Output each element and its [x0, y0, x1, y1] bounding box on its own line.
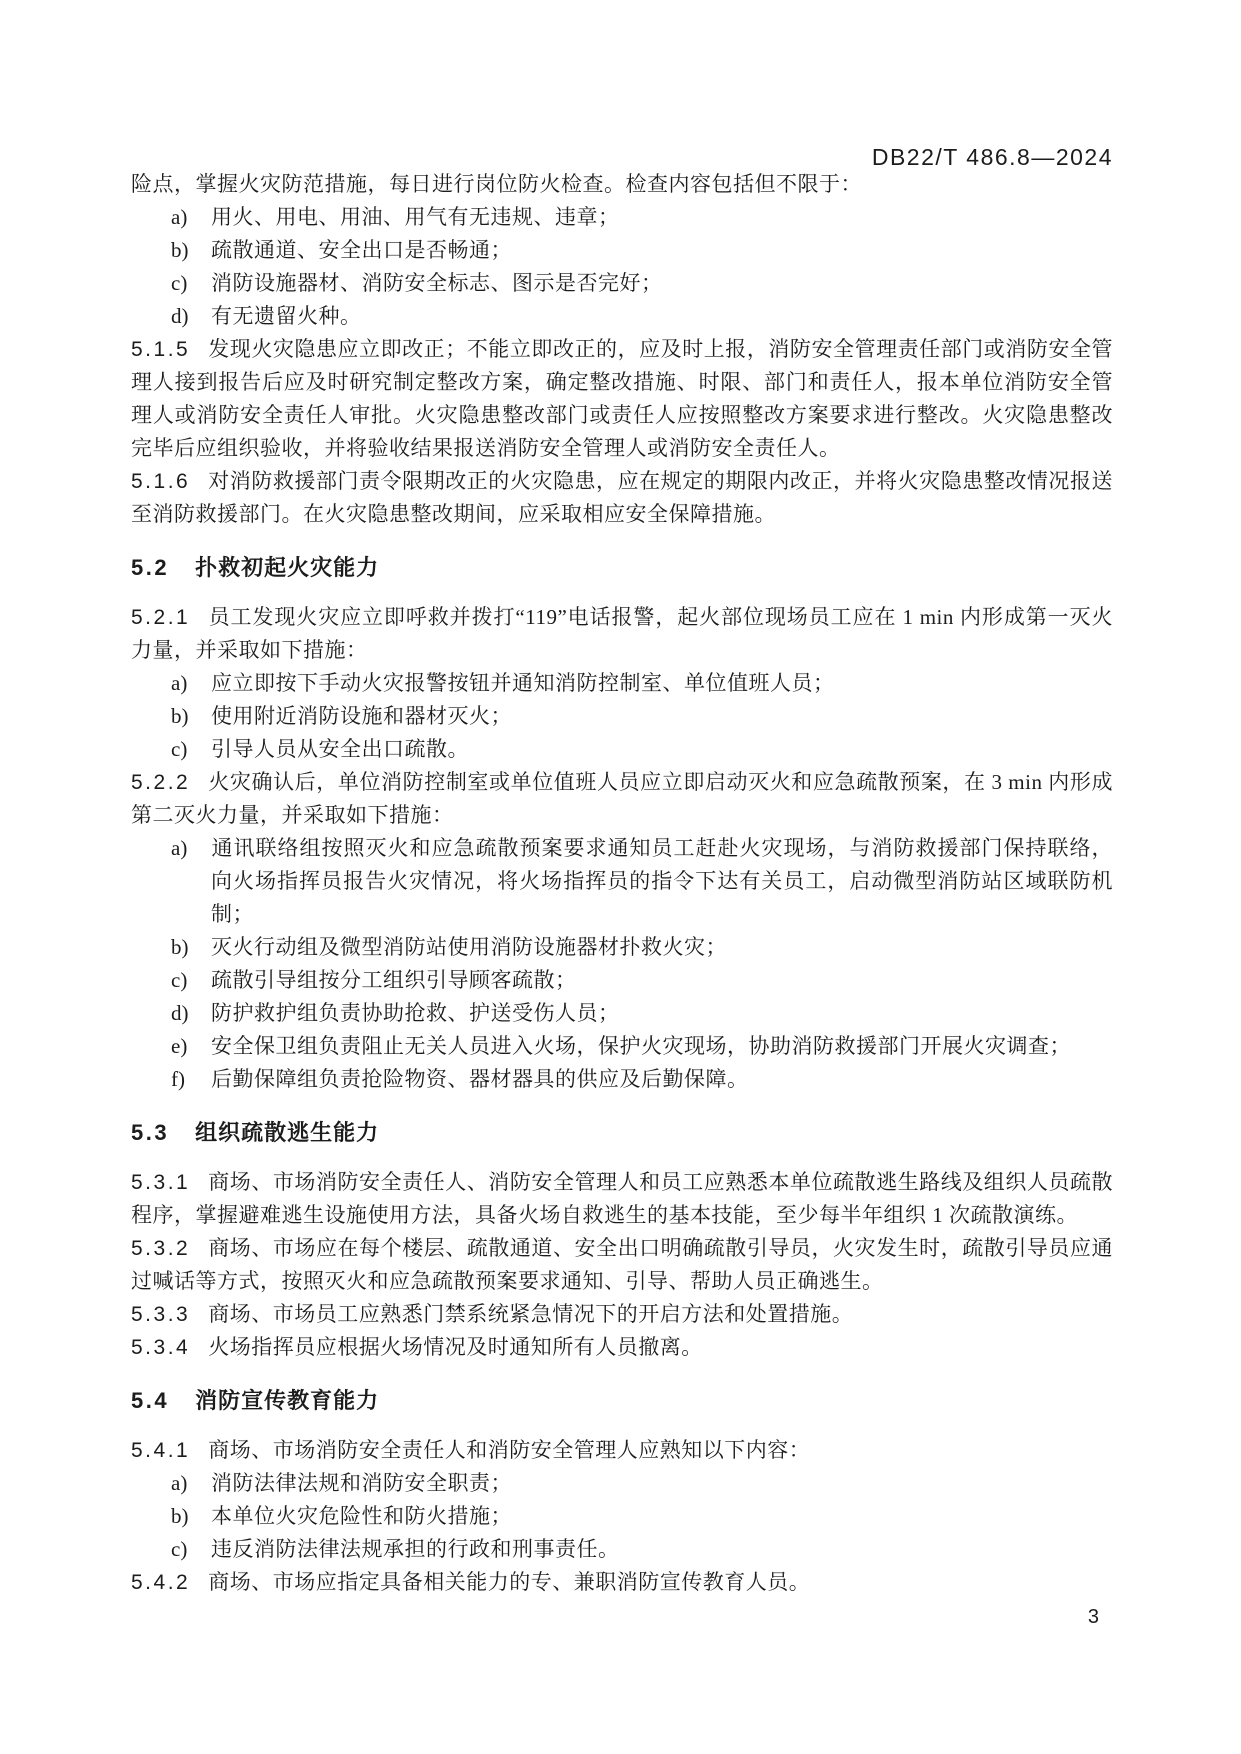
list-item-text: 疏散通道、安全出口是否畅通； [211, 238, 512, 262]
paragraph-text: 险点，掌握火灾防范措施，每日进行岗位防火检查。检查内容包括但不限于： [131, 172, 862, 196]
section-title: 组织疏散逃生能力 [195, 1120, 379, 1145]
clause-number: 5.4.1 [131, 1439, 190, 1462]
section-number: 5.4 [131, 1388, 169, 1413]
clause-number: 5.2.2 [131, 771, 190, 794]
clause-number: 5.3.3 [131, 1303, 190, 1326]
list-item-text: 有无遗留火种。 [211, 304, 362, 328]
list-item: f)后勤保障组负责抢险物资、器材器具的供应及后勤保障。 [131, 1063, 1113, 1096]
section-title: 消防宣传教育能力 [195, 1388, 379, 1413]
list-item-label: c) [171, 964, 211, 997]
numbered-clause: 5.1.5发现火灾隐患应立即改正；不能立即改正的，应及时上报，消防安全管理责任部… [131, 333, 1113, 465]
list-item-label: b) [171, 1500, 211, 1533]
clause-number: 5.4.2 [131, 1571, 190, 1594]
list-item-label: b) [171, 234, 211, 267]
clause-number: 5.1.6 [131, 470, 190, 493]
list-item-label: a) [171, 667, 211, 700]
clause-text: 商场、市场应在每个楼层、疏散通道、安全出口明确疏散引导员，火灾发生时，疏散引导员… [131, 1236, 1113, 1293]
clause-text: 商场、市场消防安全责任人、消防安全管理人和员工应熟悉本单位疏散逃生路线及组织人员… [131, 1170, 1113, 1227]
numbered-clause: 5.3.1商场、市场消防安全责任人、消防安全管理人和员工应熟悉本单位疏散逃生路线… [131, 1166, 1113, 1232]
numbered-clause: 5.4.2商场、市场应指定具备相关能力的专、兼职消防宣传教育人员。 [131, 1566, 1113, 1599]
list-item-text: 消防设施器材、消防安全标志、图示是否完好； [211, 271, 663, 295]
document-page: DB22/T 486.8—2024 险点，掌握火灾防范措施，每日进行岗位防火检查… [0, 0, 1241, 1754]
list-item-label: f) [171, 1063, 211, 1096]
standard-code: DB22/T 486.8—2024 [872, 144, 1113, 170]
list-item: b)疏散通道、安全出口是否畅通； [131, 234, 1113, 267]
list-item-text: 后勤保障组负责抢险物资、器材器具的供应及后勤保障。 [211, 1067, 749, 1091]
list-item: b)灭火行动组及微型消防站使用消防设施器材扑救火灾； [131, 931, 1113, 964]
clause-text: 商场、市场应指定具备相关能力的专、兼职消防宣传教育人员。 [208, 1570, 810, 1594]
numbered-clause: 5.3.3商场、市场员工应熟悉门禁系统紧急情况下的开启方法和处置措施。 [131, 1298, 1113, 1331]
list-item-label: e) [171, 1030, 211, 1063]
list-item-text: 消防法律法规和消防安全职责； [211, 1471, 512, 1495]
clause-number: 5.3.4 [131, 1336, 190, 1359]
list-item: a)应立即按下手动火灾报警按钮并通知消防控制室、单位值班人员； [131, 667, 1113, 700]
list-item: b)本单位火灾危险性和防火措施； [131, 1500, 1113, 1533]
list-item-text: 灭火行动组及微型消防站使用消防设施器材扑救火灾； [211, 935, 727, 959]
list-item: e)安全保卫组负责阻止无关人员进入火场，保护火灾现场，协助消防救援部门开展火灾调… [131, 1030, 1113, 1063]
list-item-label: a) [171, 1467, 211, 1500]
section-heading: 5.4消防宣传教育能力 [131, 1384, 1113, 1418]
list-item-label: c) [171, 1533, 211, 1566]
page-footer: 3 [131, 1606, 1113, 1629]
list-item-text: 防护救护组负责协助抢救、护送受伤人员； [211, 1001, 620, 1025]
numbered-clause: 5.4.1商场、市场消防安全责任人和消防安全管理人应熟知以下内容： [131, 1434, 1113, 1467]
list-item-label: c) [171, 733, 211, 766]
list-item: c)疏散引导组按分工组织引导顾客疏散； [131, 964, 1113, 997]
clause-text: 火灾确认后，单位消防控制室或单位值班人员应立即启动灭火和应急疏散预案，在 3 m… [131, 770, 1113, 827]
clause-text: 火场指挥员应根据火场情况及时通知所有人员撤离。 [208, 1335, 703, 1359]
numbered-clause: 5.3.4火场指挥员应根据火场情况及时通知所有人员撤离。 [131, 1331, 1113, 1364]
clause-number: 5.3.1 [131, 1171, 190, 1194]
continuation-paragraph: 险点，掌握火灾防范措施，每日进行岗位防火检查。检查内容包括但不限于： [131, 168, 1113, 201]
numbered-clause: 5.3.2商场、市场应在每个楼层、疏散通道、安全出口明确疏散引导员，火灾发生时，… [131, 1232, 1113, 1298]
clause-text: 商场、市场员工应熟悉门禁系统紧急情况下的开启方法和处置措施。 [208, 1302, 853, 1326]
page-header: DB22/T 486.8—2024 [131, 144, 1113, 171]
list-item: a)消防法律法规和消防安全职责； [131, 1467, 1113, 1500]
clause-text: 员工发现火灾应立即呼救并拨打“119”电话报警，起火部位现场员工应在 1 min… [131, 605, 1113, 662]
list-item: a)通讯联络组按照灭火和应急疏散预案要求通知员工赶赴火灾现场，与消防救援部门保持… [131, 832, 1113, 931]
list-item-label: b) [171, 700, 211, 733]
document-content: 险点，掌握火灾防范措施，每日进行岗位防火检查。检查内容包括但不限于：a)用火、用… [131, 168, 1113, 1599]
clause-text: 对消防救援部门责令限期改正的火灾隐患，应在规定的期限内改正，并将火灾隐患整改情况… [131, 469, 1113, 526]
list-item-text: 引导人员从安全出口疏散。 [211, 737, 469, 761]
clause-text: 商场、市场消防安全责任人和消防安全管理人应熟知以下内容： [208, 1438, 810, 1462]
section-heading: 5.3组织疏散逃生能力 [131, 1116, 1113, 1150]
clause-text: 发现火灾隐患应立即改正；不能立即改正的，应及时上报，消防安全管理责任部门或消防安… [131, 337, 1113, 460]
list-item: c)消防设施器材、消防安全标志、图示是否完好； [131, 267, 1113, 300]
list-item-label: d) [171, 300, 211, 333]
list-item-text: 应立即按下手动火灾报警按钮并通知消防控制室、单位值班人员； [211, 671, 835, 695]
list-item-label: a) [171, 201, 211, 234]
clause-number: 5.3.2 [131, 1237, 190, 1260]
list-item-label: c) [171, 267, 211, 300]
numbered-clause: 5.2.2火灾确认后，单位消防控制室或单位值班人员应立即启动灭火和应急疏散预案，… [131, 766, 1113, 832]
list-item-text: 通讯联络组按照灭火和应急疏散预案要求通知员工赶赴火灾现场，与消防救援部门保持联络… [211, 836, 1113, 926]
list-item-text: 用火、用电、用油、用气有无违规、违章； [211, 205, 620, 229]
list-item: b)使用附近消防设施和器材灭火； [131, 700, 1113, 733]
page-number: 3 [1088, 1606, 1099, 1628]
list-item: d)有无遗留火种。 [131, 300, 1113, 333]
list-item: c)违反消防法律法规承担的行政和刑事责任。 [131, 1533, 1113, 1566]
list-item: c)引导人员从安全出口疏散。 [131, 733, 1113, 766]
section-number: 5.3 [131, 1120, 169, 1145]
list-item: d)防护救护组负责协助抢救、护送受伤人员； [131, 997, 1113, 1030]
clause-number: 5.2.1 [131, 606, 190, 629]
numbered-clause: 5.1.6对消防救援部门责令限期改正的火灾隐患，应在规定的期限内改正，并将火灾隐… [131, 465, 1113, 531]
clause-number: 5.1.5 [131, 338, 190, 361]
list-item: a)用火、用电、用油、用气有无违规、违章； [131, 201, 1113, 234]
list-item-label: b) [171, 931, 211, 964]
list-item-text: 违反消防法律法规承担的行政和刑事责任。 [211, 1537, 620, 1561]
section-heading: 5.2扑救初起火灾能力 [131, 551, 1113, 585]
list-item-text: 安全保卫组负责阻止无关人员进入火场，保护火灾现场，协助消防救援部门开展火灾调查； [211, 1034, 1071, 1058]
numbered-clause: 5.2.1员工发现火灾应立即呼救并拨打“119”电话报警，起火部位现场员工应在 … [131, 601, 1113, 667]
list-item-text: 使用附近消防设施和器材灭火； [211, 704, 512, 728]
list-item-label: d) [171, 997, 211, 1030]
list-item-label: a) [171, 832, 211, 865]
section-number: 5.2 [131, 555, 169, 580]
section-title: 扑救初起火灾能力 [195, 555, 379, 580]
list-item-text: 疏散引导组按分工组织引导顾客疏散； [211, 968, 577, 992]
list-item-text: 本单位火灾危险性和防火措施； [211, 1504, 512, 1528]
